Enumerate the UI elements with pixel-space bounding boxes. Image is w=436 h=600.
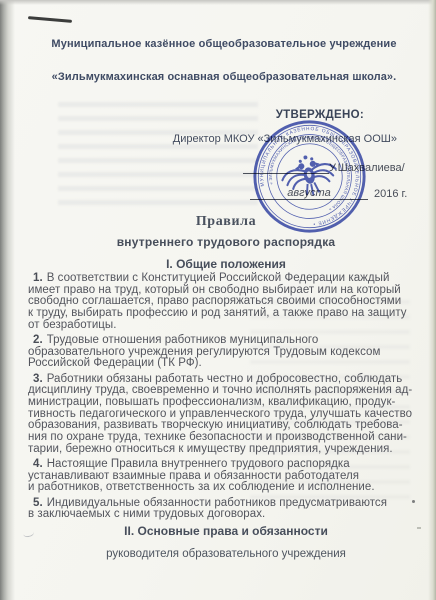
paragraph-text: Индивидуальные обязанности работников пр… (28, 497, 387, 521)
paragraph-number: 5. (28, 497, 43, 509)
section-2-subheading: руководителя образовательного учреждения (16, 548, 436, 560)
section-2-heading: II. Основные права и обязанности (16, 524, 436, 538)
paragraph-2: 2.Трудовые отношения работников муниципа… (28, 335, 414, 370)
scan-speck (412, 500, 415, 503)
paragraph-4: 4.Настоящие Правила внутреннего трудовог… (28, 459, 414, 494)
document-title: Правила (16, 214, 436, 230)
document-subtitle: внутреннего трудового распорядка (16, 235, 436, 249)
paragraph-text: Настоящие Правила внутреннего трудового … (28, 458, 375, 493)
scan-edge-left (0, 0, 15, 600)
scan-edge-right (428, 0, 436, 600)
pen-dash-mark (28, 16, 72, 23)
paragraph-number: 2. (28, 334, 43, 346)
paragraph-text: Трудовые отношения работников муниципаль… (28, 334, 380, 369)
paragraph-number: 4. (28, 458, 43, 470)
scan-speck (417, 527, 421, 529)
section-1-body: 1.В соответствии с Конституцией Российск… (28, 273, 414, 525)
paragraph-number: 1. (28, 272, 43, 284)
paragraph-text: В соответствии с Конституцией Российской… (28, 272, 407, 331)
paragraph-5: 5.Индивидуальные обязанности работников … (28, 498, 414, 521)
date-year: 2016 г. (374, 188, 407, 200)
reverse-side-bleed-through (58, 102, 258, 210)
organization-name-line1: Муниципальное казённое общеобразовательн… (28, 38, 420, 50)
scan-edge-top (0, 0, 436, 5)
paragraph-text: Работники обязаны работать честно и добр… (28, 373, 412, 455)
scanned-document-page: Муниципальное казённое общеобразовательн… (0, 0, 436, 600)
paragraph-3: 3.Работники обязаны работать честно и до… (28, 374, 414, 456)
paragraph-number: 3. (28, 373, 43, 385)
paragraph-1: 1.В соответствии с Конституцией Российск… (28, 273, 414, 332)
section-1-heading: I. Общие положения (16, 257, 436, 271)
double-headed-eagle-icon (278, 150, 340, 201)
organization-name-line2: «Зильмукмахинская оснавная общеобразоват… (28, 71, 420, 83)
